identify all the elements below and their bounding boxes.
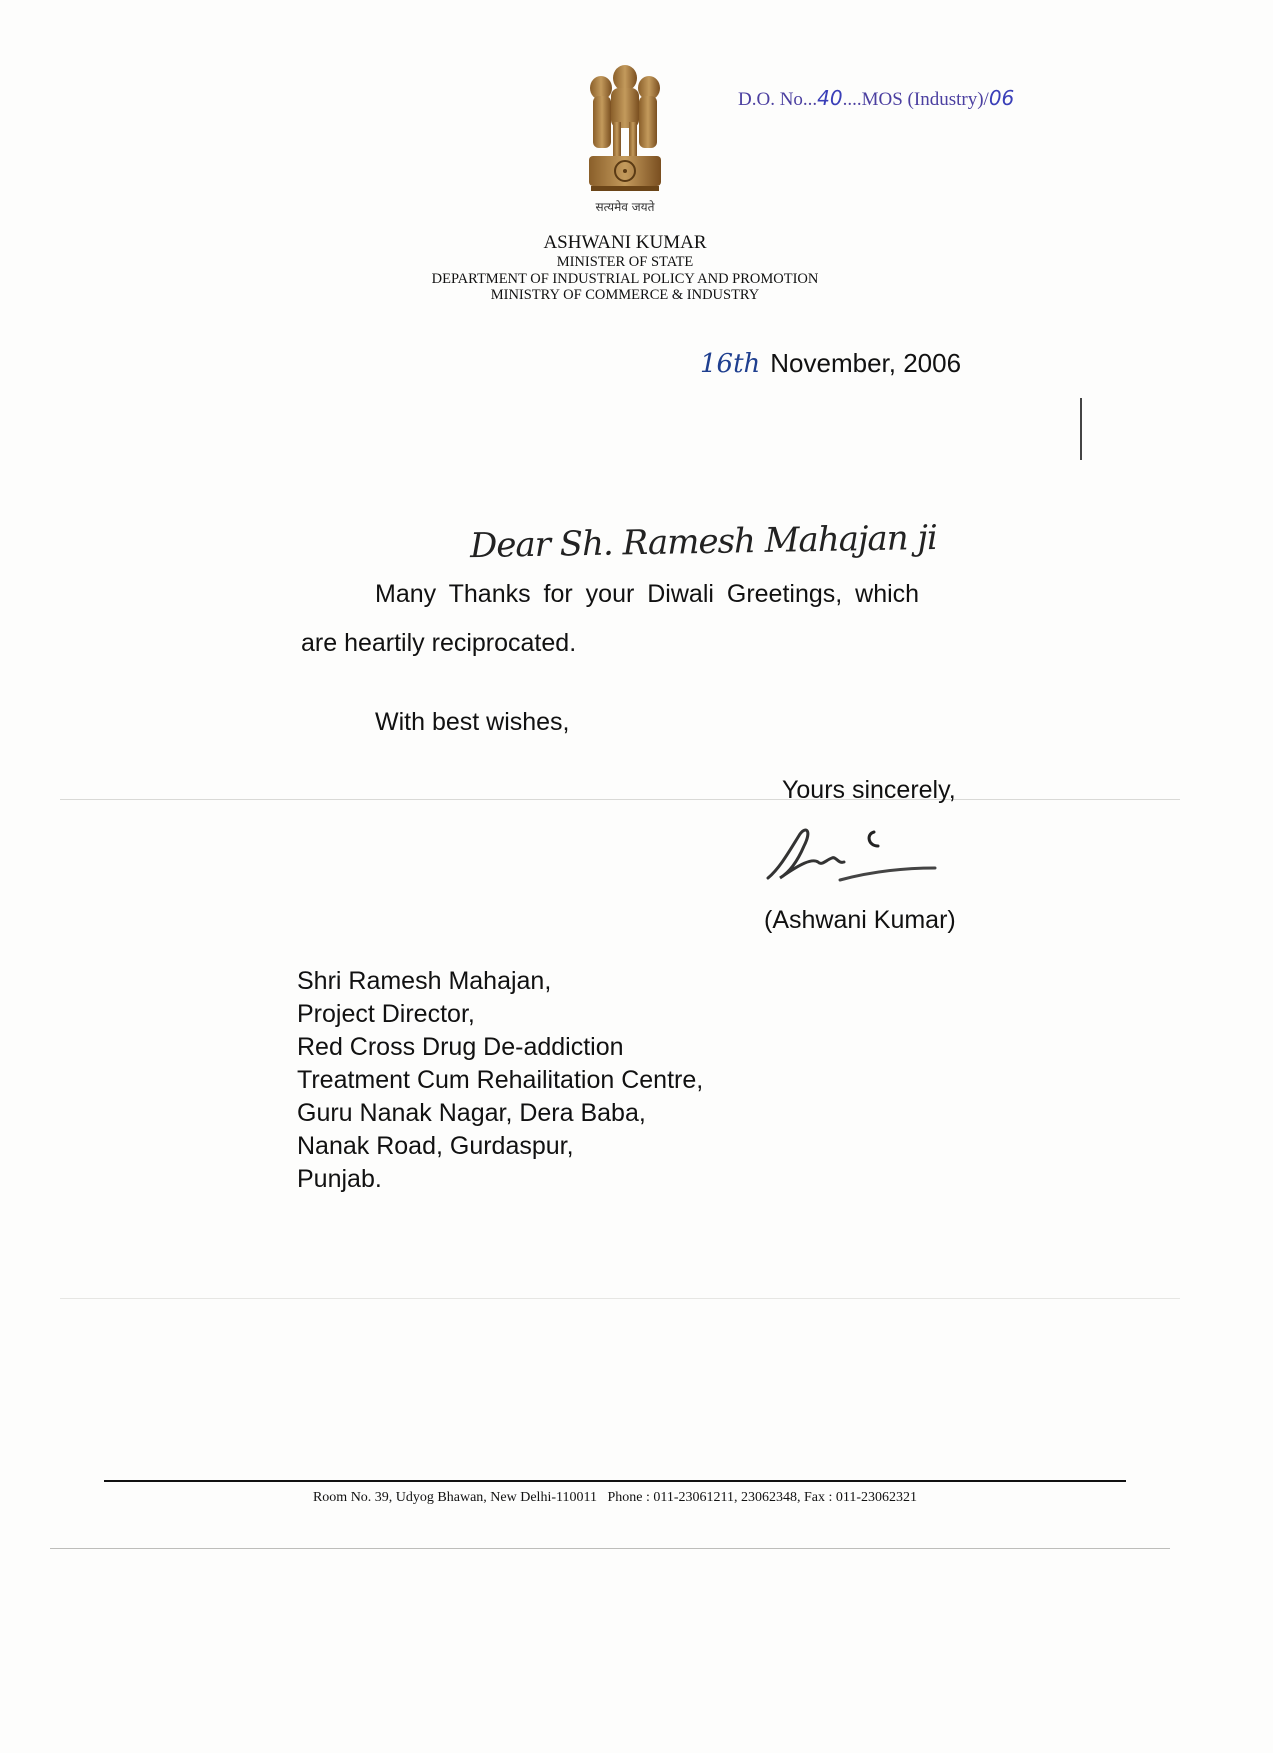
- signatory-name: (Ashwani Kumar): [764, 906, 956, 935]
- stamp-number: 40: [817, 86, 842, 110]
- paper-edge-line: [50, 1548, 1170, 1549]
- stamp-year: 06: [989, 86, 1014, 110]
- sender-department: DEPARTMENT OF INDUSTRIAL POLICY AND PROM…: [300, 271, 950, 288]
- stamp-prefix: D.O. No...: [738, 89, 817, 110]
- recipient-line: Guru Nanak Nagar, Dera Baba,: [297, 1097, 703, 1130]
- recipient-line: Shri Ramesh Mahajan,: [297, 965, 703, 998]
- recipient-line: Punjab.: [297, 1163, 703, 1196]
- stamp-middle: ....MOS (Industry)/: [843, 89, 989, 110]
- emblem-motto: सत्यमेव जयते: [560, 198, 690, 215]
- sender-name: ASHWANI KUMAR: [300, 232, 950, 254]
- letterhead: ASHWANI KUMAR MINISTER OF STATE DEPARTME…: [300, 232, 950, 304]
- letterhead-footer: Room No. 39, Udyog Bhawan, New Delhi-110…: [104, 1490, 1126, 1506]
- letter-date: 16thNovember, 2006: [700, 348, 961, 379]
- handwritten-signature-icon: [760, 820, 960, 890]
- footer-rule: [104, 1480, 1126, 1482]
- recipient-line: Red Cross Drug De-addiction: [297, 1031, 703, 1064]
- dispatch-number-stamp: D.O. No...40....MOS (Industry)/06: [738, 86, 1014, 111]
- paper-fold-line: [60, 1298, 1180, 1299]
- recipient-line: Treatment Cum Rehailitation Centre,: [297, 1064, 703, 1097]
- sender-designation: MINISTER OF STATE: [300, 254, 950, 271]
- body-line-1: Many Thanks for your Diwali Greetings, w…: [375, 580, 919, 609]
- footer-phone: Phone : 011-23061211, 23062348, Fax : 01…: [607, 1490, 917, 1505]
- recipient-line: Nanak Road, Gurdaspur,: [297, 1130, 703, 1163]
- margin-mark: [1080, 398, 1082, 460]
- recipient-line: Project Director,: [297, 998, 703, 1031]
- paper-fold-line: [60, 799, 1180, 800]
- valediction: Yours sincerely,: [782, 776, 956, 805]
- letter-page: सत्यमेव जयते D.O. No...40....MOS (Indust…: [0, 0, 1273, 1753]
- date-day: 16th: [700, 349, 760, 379]
- salutation: Dear Sh. Ramesh Mahajan ji: [470, 518, 938, 566]
- body-line-2: are heartily reciprocated.: [301, 629, 576, 658]
- date-month-year: November, 2006: [770, 348, 961, 378]
- recipient-address: Shri Ramesh Mahajan, Project Director, R…: [297, 965, 703, 1196]
- sender-ministry: MINISTRY OF COMMERCE & INDUSTRY: [300, 287, 950, 304]
- footer-address: Room No. 39, Udyog Bhawan, New Delhi-110…: [313, 1490, 597, 1505]
- national-emblem-icon: [585, 62, 665, 197]
- best-wishes: With best wishes,: [375, 708, 570, 737]
